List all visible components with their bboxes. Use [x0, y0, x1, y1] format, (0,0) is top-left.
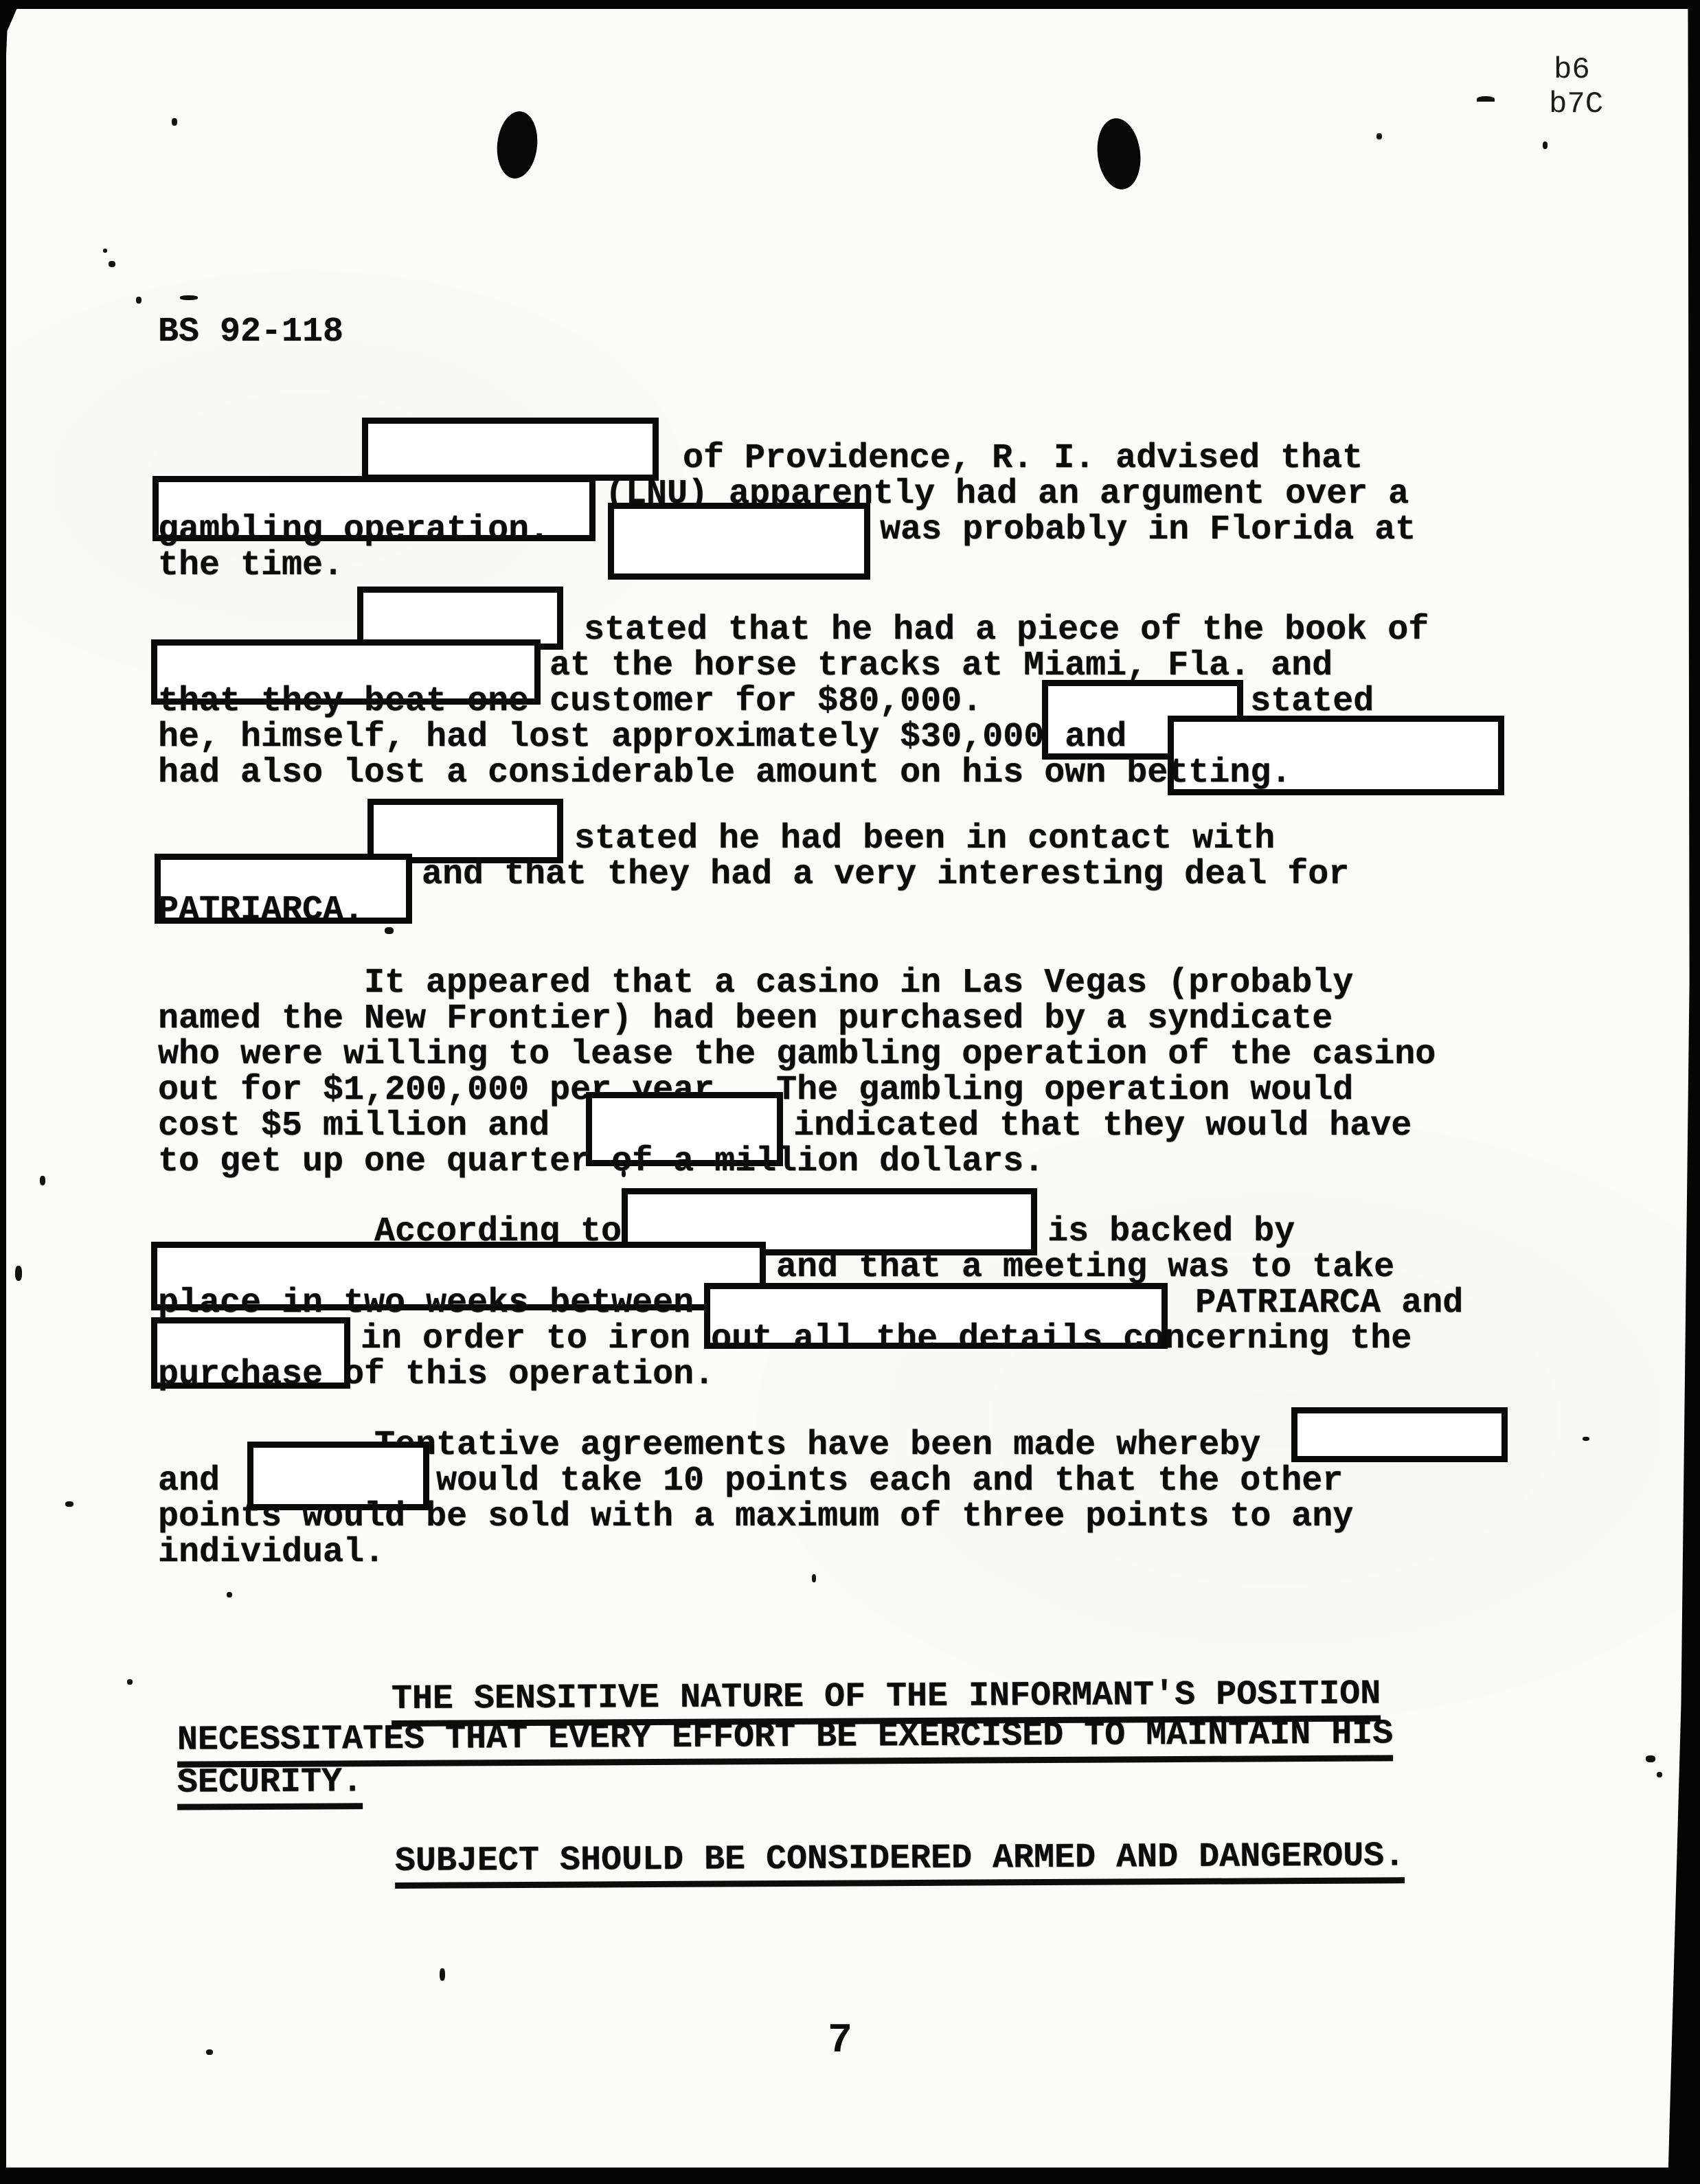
document-line: at the horse tracks at Miami, Fla. and	[0, 648, 1333, 684]
scan-edge-right	[1662, 0, 1700, 2184]
document-text: Tentative agreements have been made wher…	[374, 1428, 1260, 1464]
spacer	[0, 1745, 177, 1746]
document-text: It appeared that a casino in Las Vegas (…	[364, 966, 1353, 1001]
scan-speckle	[1583, 1437, 1589, 1441]
scan-speckle	[1477, 96, 1495, 102]
document-text: who were willing to lease the gambling o…	[158, 1037, 1436, 1073]
document-line: PATRIARCA.	[0, 893, 364, 929]
redaction-box	[608, 503, 870, 580]
scan-speckle	[109, 261, 115, 267]
document-text: stated that he had a piece of the book o…	[584, 613, 1429, 648]
document-line: he, himself, had lost approximately $30,…	[0, 720, 1504, 755]
document-text: of Providence, R. I. advised that	[683, 441, 1363, 477]
document-text: would take 10 points each and that the o…	[436, 1464, 1343, 1499]
document-line: in order to iron out all the details con…	[0, 1321, 1412, 1357]
document-line: cost $5 million andindicated that they w…	[0, 1108, 1412, 1144]
document-line: NECESSITATES THAT EVERY EFFORT BE EXERCI…	[0, 1718, 1393, 1766]
scan-speckle	[15, 1266, 22, 1281]
scan-edge-left-corner	[0, 0, 21, 103]
document-text: gambling operation.	[158, 512, 549, 548]
redaction-box	[1291, 1407, 1508, 1462]
scan-speckle	[206, 2049, 213, 2055]
document-text: place in two weeks between	[158, 1286, 694, 1321]
scan-speckle	[812, 1574, 816, 1582]
document-line: named the New Frontier) had been purchas…	[0, 1001, 1333, 1037]
warning-text: SUBJECT SHOULD BE CONSIDERED ARMED AND D…	[395, 1839, 1405, 1889]
document-line: gambling operation.was probably in Flori…	[0, 512, 1416, 548]
document-text: he, himself, had lost approximately $30,…	[158, 720, 1126, 755]
document-text: stated he had been in contact with	[574, 821, 1275, 857]
spacer	[0, 1866, 395, 1868]
spacer	[0, 1704, 392, 1706]
document-text: stated	[1250, 684, 1374, 720]
document-line: SECURITY.	[0, 1766, 363, 1809]
hole-punch-right	[1093, 116, 1144, 192]
document-text: that they beat one customer for $80,000.	[158, 684, 982, 720]
document-line: place in two weeks betweenPATRIARCA and	[0, 1286, 1463, 1321]
document-line: It appeared that a casino in Las Vegas (…	[0, 966, 1353, 1001]
document-text: points would be sold with a maximum of t…	[158, 1499, 1353, 1535]
document-line: and that a meeting was to take	[0, 1250, 1394, 1286]
document-line: Tentative agreements have been made wher…	[0, 1428, 1508, 1464]
scan-speckle	[227, 1592, 232, 1597]
document-line: SUBJECT SHOULD BE CONSIDERED ARMED AND D…	[0, 1840, 1405, 1889]
document-line: to get up one quarter of a million dolla…	[0, 1144, 1044, 1180]
document-line: individual.	[0, 1535, 385, 1571]
document-line: of Providence, R. I. advised that	[0, 441, 1363, 477]
document-text: to get up one quarter of a million dolla…	[158, 1144, 1044, 1180]
scan-speckle	[127, 1679, 133, 1685]
scan-speckle	[385, 927, 394, 934]
document-line: had also lost a considerable amount on h…	[0, 755, 1291, 791]
document-text: at the horse tracks at Miami, Fla. and	[549, 648, 1333, 684]
scan-speckle	[172, 118, 177, 126]
scan-speckle	[180, 295, 198, 300]
classification-code-b7c: b7C	[1549, 88, 1603, 121]
scan-speckle	[440, 1968, 445, 1981]
document-text: in order to iron out all the details con…	[361, 1321, 1412, 1357]
scanned-document-page: b6 b7C BS 92-118 of Providence, R. I. ad…	[0, 0, 1700, 2184]
scan-speckle	[622, 1170, 626, 1177]
document-line: stated he had been in contact with	[0, 821, 1275, 857]
case-number: BS 92-118	[158, 315, 343, 350]
document-text: and that they had a very interesting dea…	[422, 857, 1349, 893]
document-text: PATRIARCA.	[158, 893, 364, 929]
scan-speckle	[103, 249, 107, 253]
document-text: the time.	[158, 548, 343, 584]
scan-speckle	[65, 1501, 73, 1507]
document-line: that they beat one customer for $80,000.…	[0, 684, 1374, 720]
document-line: the time.	[0, 548, 343, 584]
spacer	[0, 1788, 177, 1788]
document-text: named the New Frontier) had been purchas…	[158, 1001, 1333, 1037]
warning-text: NECESSITATES THAT EVERY EFFORT BE EXERCI…	[177, 1716, 1394, 1767]
document-line: who were willing to lease the gambling o…	[0, 1037, 1436, 1073]
scan-speckle	[40, 1176, 45, 1185]
scan-edge-top	[0, 0, 1700, 9]
classification-code-b6: b6	[1554, 54, 1590, 87]
document-line: andwould take 10 points each and that th…	[0, 1464, 1343, 1499]
scan-speckle	[1376, 133, 1382, 139]
scan-speckle	[136, 297, 141, 304]
scan-speckle	[1646, 1755, 1655, 1762]
page-number: 7	[828, 2021, 852, 2062]
document-line: and that they had a very interesting dea…	[0, 857, 1349, 893]
document-text: and that a meeting was to take	[776, 1250, 1394, 1286]
hole-punch-left	[494, 109, 541, 181]
warning-text: SECURITY.	[177, 1764, 363, 1810]
document-text: and	[158, 1464, 220, 1499]
document-text: purchase of this operation.	[158, 1357, 714, 1393]
document-text: is backed by	[1047, 1214, 1295, 1250]
document-text: PATRIARCA and	[1195, 1286, 1463, 1321]
scan-speckle	[1657, 1772, 1662, 1777]
redaction-box	[362, 418, 659, 481]
document-text: indicated that they would have	[793, 1108, 1412, 1144]
document-text: cost $5 million and	[158, 1108, 549, 1144]
scan-edge-bottom	[0, 2168, 1700, 2184]
document-line: points would be sold with a maximum of t…	[0, 1499, 1353, 1535]
document-text: was probably in Florida at	[880, 512, 1416, 548]
document-text: had also lost a considerable amount on h…	[158, 755, 1291, 791]
document-text: individual.	[158, 1535, 385, 1571]
document-line: purchase of this operation.	[0, 1357, 714, 1393]
scan-speckle	[1543, 141, 1548, 149]
